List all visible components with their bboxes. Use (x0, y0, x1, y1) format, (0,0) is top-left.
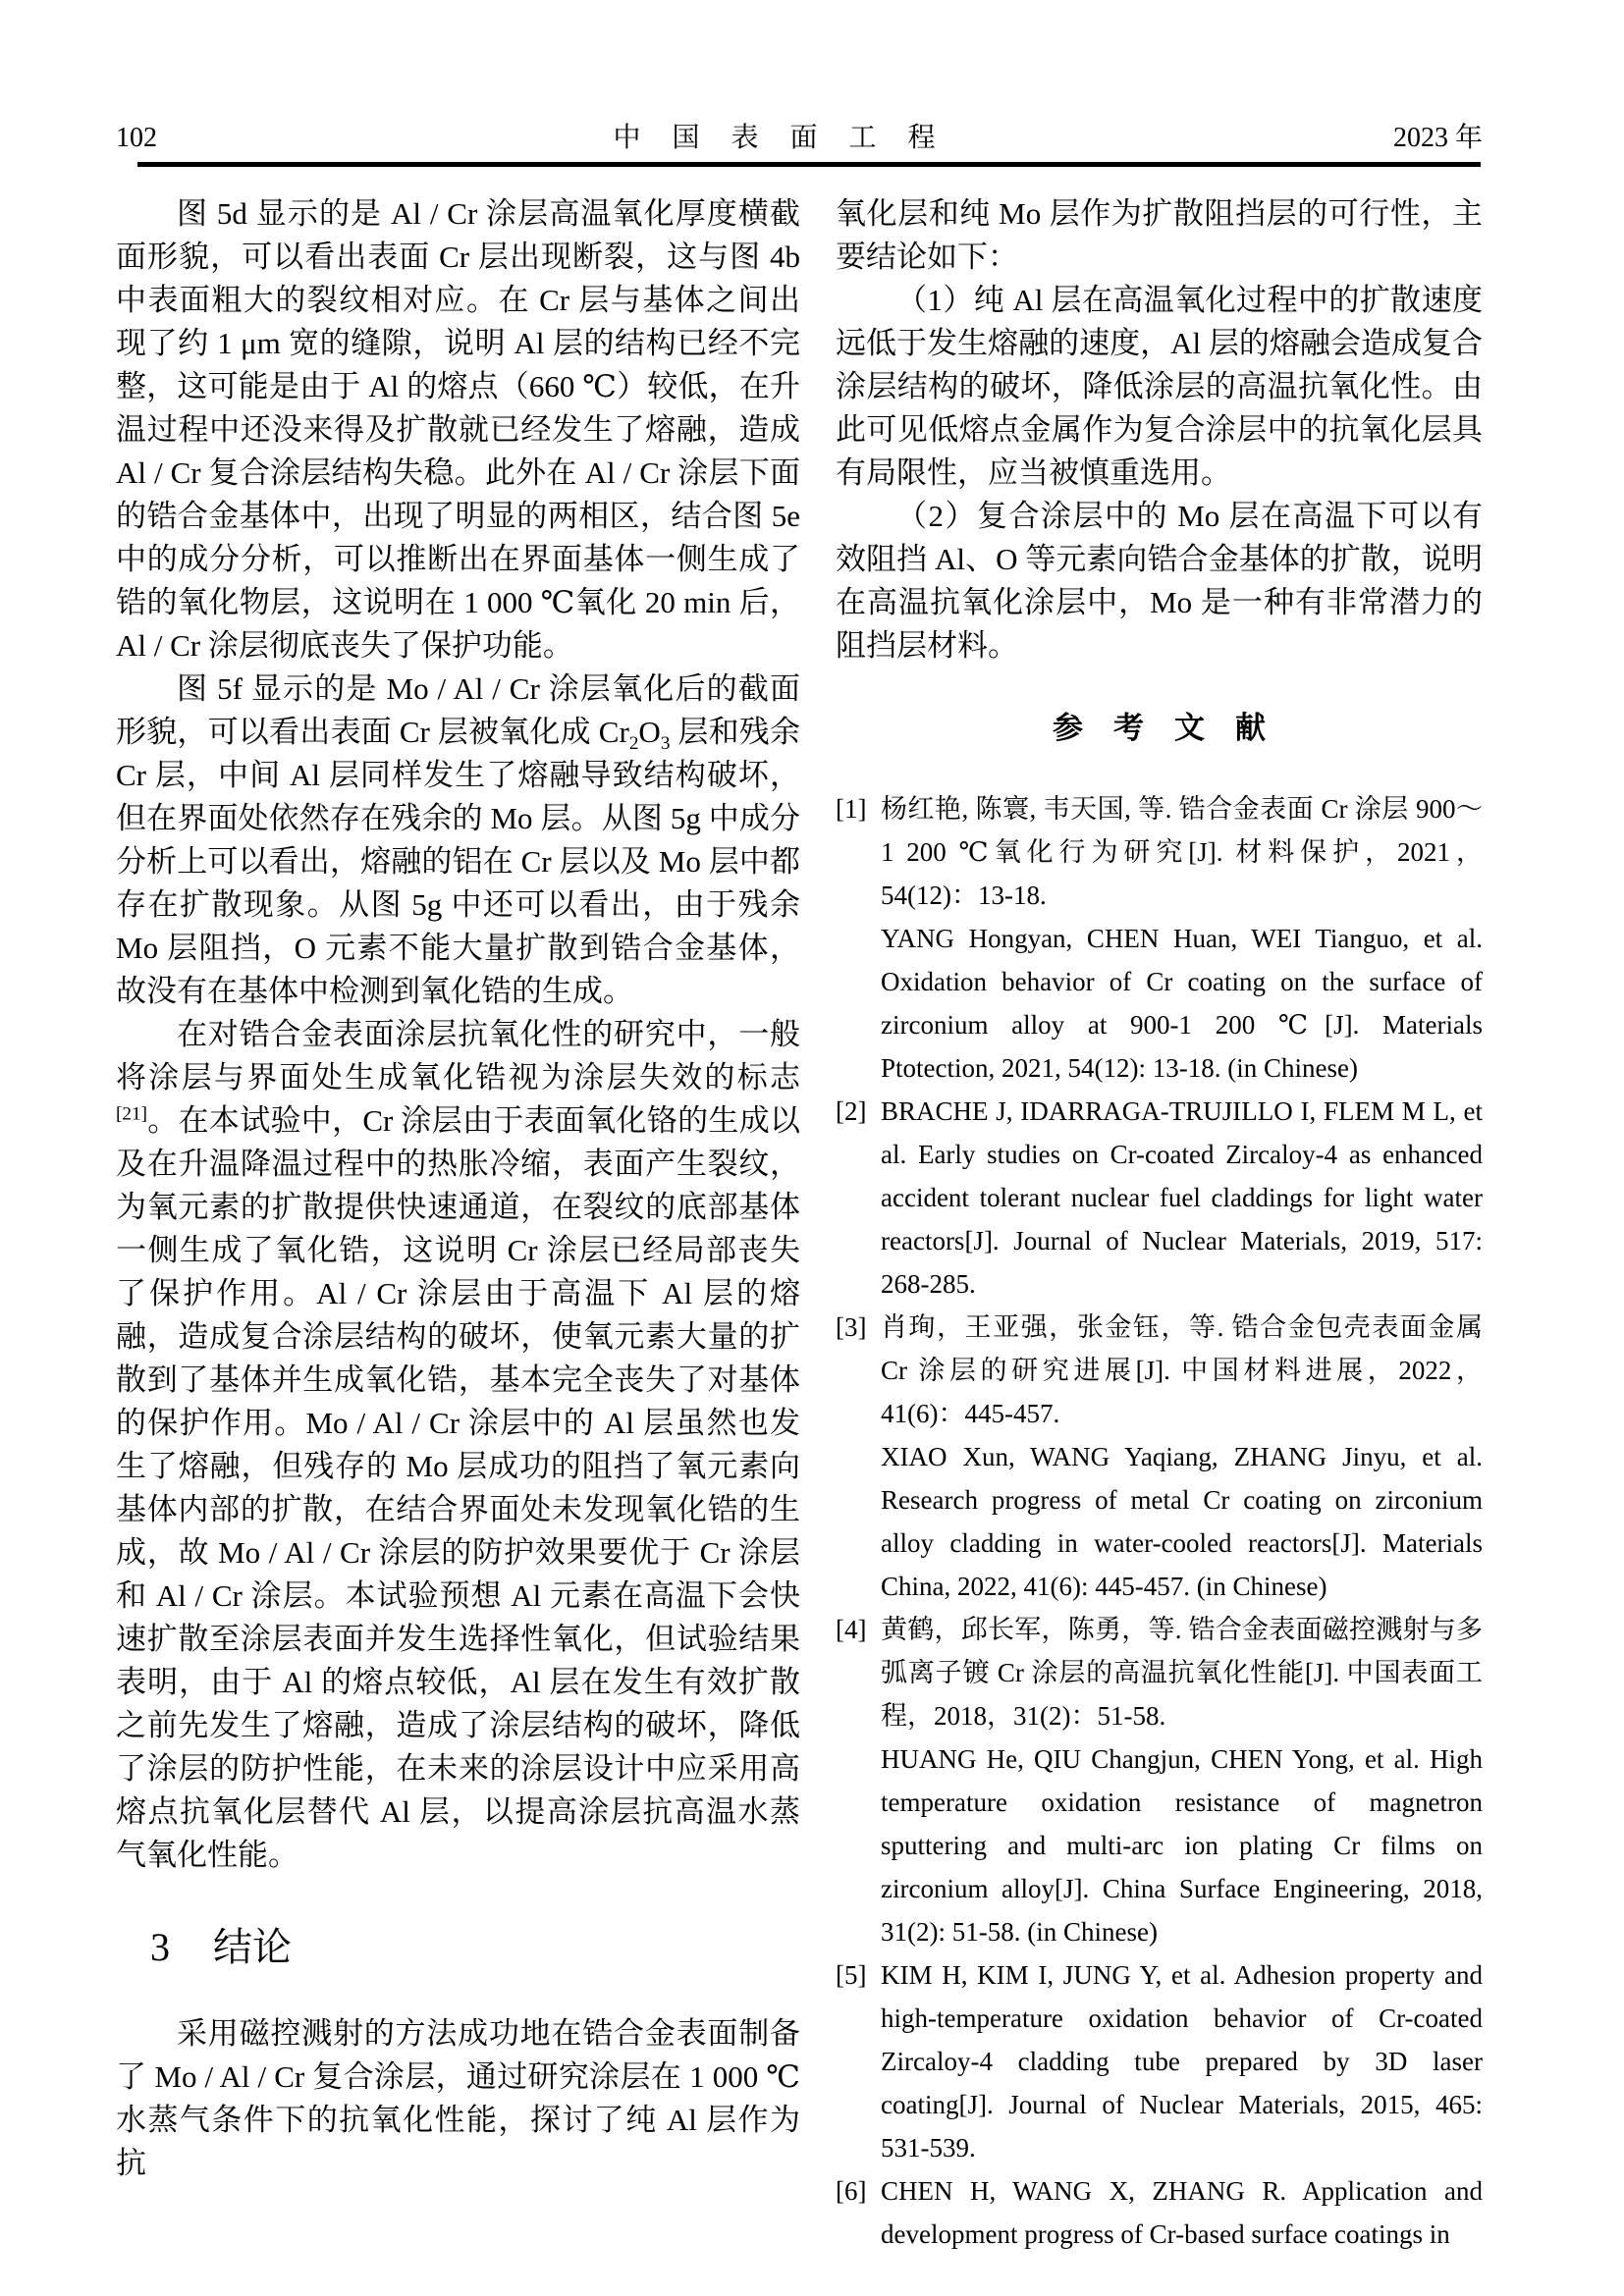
reference-label: [4] (836, 1608, 866, 1651)
left-paragraphs: 图 5d 显示的是 Al / Cr 涂层高温氧化厚度横截面形貌，可以看出表面 C… (116, 192, 800, 1877)
body-paragraph: （2）复合涂层中的 Mo 层在高温下可以有效阻挡 Al、O 等元素向锆合金基体的… (836, 495, 1483, 667)
body-paragraph: 图 5f 显示的是 Mo / Al / Cr 涂层氧化后的截面形貌，可以看出表面… (116, 667, 800, 1013)
reference-label: [6] (836, 2169, 866, 2213)
body-paragraph: （1）纯 Al 层在高温氧化过程中的扩散速度远低于发生熔融的速度，Al 层的熔融… (836, 279, 1483, 495)
reference-item: [1]杨红艳, 陈寰, 韦天国, 等. 锆合金表面 Cr 涂层 900～1 20… (836, 787, 1483, 1090)
journal-title: 中 国 表 面 工 程 (613, 122, 937, 155)
reference-text: KIM H, KIM I, JUNG Y, et al. Adhesion pr… (881, 1953, 1483, 2169)
reference-label: [3] (836, 1306, 866, 1349)
two-column-body: 图 5d 显示的是 Al / Cr 涂层高温氧化厚度横截面形貌，可以看出表面 C… (116, 192, 1483, 2256)
references-list: [1]杨红艳, 陈寰, 韦天国, 等. 锆合金表面 Cr 涂层 900～1 20… (836, 787, 1483, 2256)
reference-label: [5] (836, 1953, 866, 1997)
reference-item: [6]CHEN H, WANG X, ZHANG R. Application … (836, 2169, 1483, 2256)
reference-text: YANG Hongyan, CHEN Huan, WEI Tianguo, et… (881, 917, 1483, 1090)
body-paragraph: 在对锆合金表面涂层抗氧化性的研究中，一般将涂层与界面处生成氧化锆视为涂层失效的标… (116, 1013, 800, 1877)
body-paragraph: 氧化层和纯 Mo 层作为扩散阻挡层的可行性，主要结论如下： (836, 192, 1483, 279)
reference-label: [2] (836, 1090, 866, 1133)
reference-text: 杨红艳, 陈寰, 韦天国, 等. 锆合金表面 Cr 涂层 900～1 200 ℃… (881, 787, 1483, 917)
reference-text: CHEN H, WANG X, ZHANG R. Application and… (881, 2169, 1483, 2256)
page-number: 102 (116, 122, 157, 155)
section-number: 3 (150, 1925, 170, 1969)
section-heading-conclusion: 3结论 (150, 1920, 800, 1975)
section-title: 结论 (213, 1925, 292, 1969)
reference-item: [3]肖珣，王亚强，张金钰，等. 锆合金包壳表面金属 Cr 涂层的研究进展[J]… (836, 1306, 1483, 1608)
reference-text: HUANG He, QIU Changjun, CHEN Yong, et al… (881, 1737, 1483, 1953)
journal-page: 102 中 国 表 面 工 程 2023 年 图 5d 显示的是 Al / Cr… (0, 0, 1624, 2296)
right-paragraphs: 氧化层和纯 Mo 层作为扩散阻挡层的可行性，主要结论如下：（1）纯 Al 层在高… (836, 192, 1483, 667)
reference-text: BRACHE J, IDARRAGA-TRUJILLO I, FLEM M L,… (881, 1090, 1483, 1306)
reference-label: [1] (836, 787, 866, 830)
references-heading: 参 考 文 献 (836, 707, 1483, 750)
body-paragraph: 采用磁控溅射的方法成功地在锆合金表面制备了 Mo / Al / Cr 复合涂层，… (116, 2012, 800, 2185)
body-paragraph: 图 5d 显示的是 Al / Cr 涂层高温氧化厚度横截面形貌，可以看出表面 C… (116, 192, 800, 667)
left-paragraphs-after-heading: 采用磁控溅射的方法成功地在锆合金表面制备了 Mo / Al / Cr 复合涂层，… (116, 2012, 800, 2185)
reference-text: XIAO Xun, WANG Yaqiang, ZHANG Jinyu, et … (881, 1435, 1483, 1608)
reference-item: [5]KIM H, KIM I, JUNG Y, et al. Adhesion… (836, 1953, 1483, 2169)
reference-text: 肖珣，王亚强，张金钰，等. 锆合金包壳表面金属 Cr 涂层的研究进展[J]. 中… (881, 1306, 1483, 1435)
reference-item: [2]BRACHE J, IDARRAGA-TRUJILLO I, FLEM M… (836, 1090, 1483, 1306)
header-year: 2023 年 (1393, 122, 1483, 155)
left-column: 图 5d 显示的是 Al / Cr 涂层高温氧化厚度横截面形貌，可以看出表面 C… (116, 192, 800, 2256)
right-column: 氧化层和纯 Mo 层作为扩散阻挡层的可行性，主要结论如下：（1）纯 Al 层在高… (836, 192, 1483, 2256)
header-rule (137, 162, 1481, 167)
reference-text: 黄鹤，邱长军，陈勇，等. 锆合金表面磁控溅射与多弧离子镀 Cr 涂层的高温抗氧化… (881, 1608, 1483, 1737)
page-header: 102 中 国 表 面 工 程 2023 年 (116, 122, 1483, 155)
reference-item: [4]黄鹤，邱长军，陈勇，等. 锆合金表面磁控溅射与多弧离子镀 Cr 涂层的高温… (836, 1608, 1483, 1953)
